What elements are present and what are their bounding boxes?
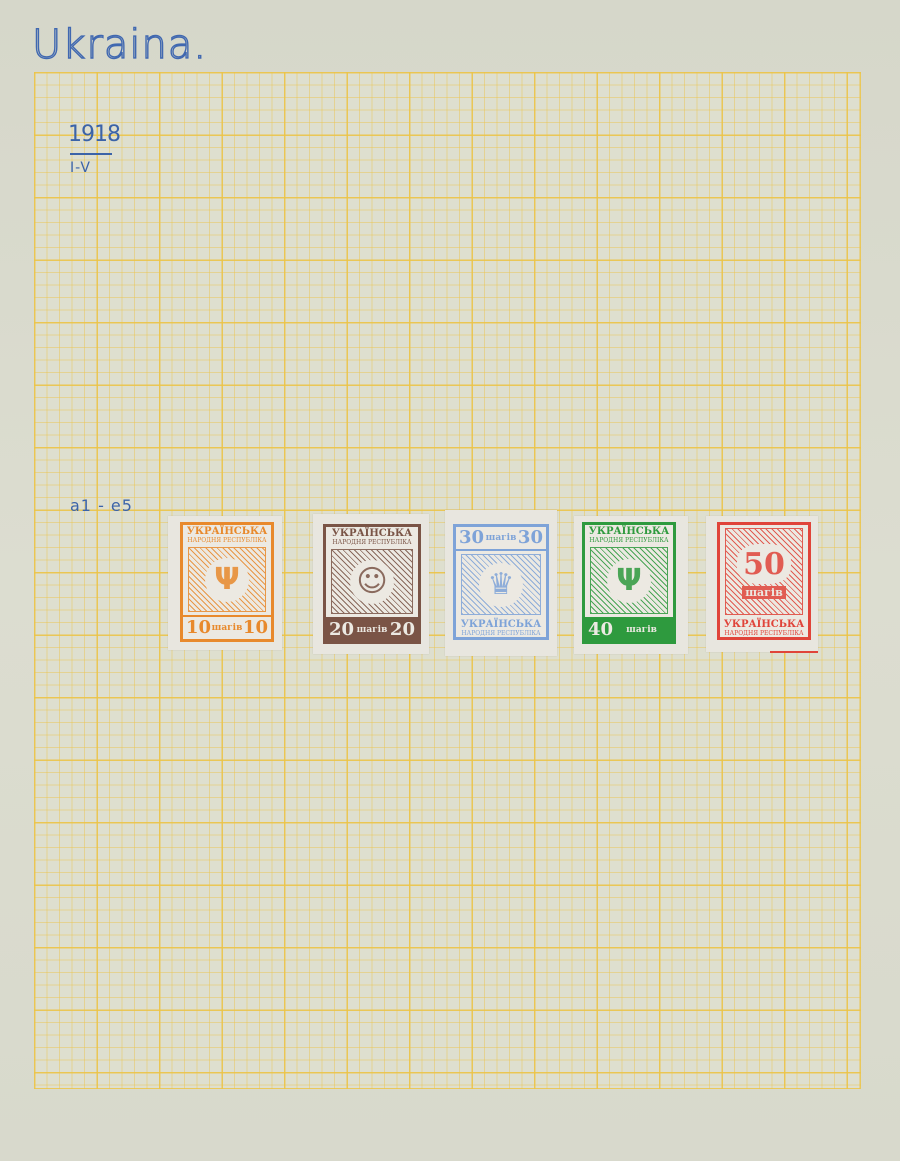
album-page: Ukraina. 1918 I-V a1 - e5 УКРАЇНСЬКА НАР… xyxy=(0,0,900,1161)
stamp-50-shahiv[interactable]: УКРАЇНСЬКА НАРОДНЯ РЕСПУБЛІКА 50 шагів xyxy=(717,522,811,640)
stamp-header: УКРАЇНСЬКА xyxy=(332,529,412,539)
stamp-subheader: НАРОДНЯ РЕСПУБЛІКА xyxy=(187,537,266,544)
stamp-value: 20 xyxy=(329,619,354,641)
stamp-header: УКРАЇНСЬКА xyxy=(589,527,669,537)
issue-year: 1918 xyxy=(68,122,120,147)
portrait-icon: ☺ xyxy=(350,560,394,604)
stamp-value-row: 20шагів20 xyxy=(326,617,418,641)
stamp-header: УКРАЇНСЬКА xyxy=(187,527,267,537)
stamp-design: Ψ xyxy=(188,547,266,612)
stamp-value: 20 xyxy=(390,619,415,641)
stamp-40-shahiv[interactable]: УКРАЇНСЬКА НАРОДНЯ РЕСПУБЛІКА Ψ 40шагів xyxy=(582,522,676,644)
stamp-20-shahiv[interactable]: УКРАЇНСЬКА НАРОДНЯ РЕСПУБЛІКА ☺ 20шагів2… xyxy=(323,524,421,644)
stamp-unit: шагів xyxy=(486,527,517,549)
stamp-design: Ψ xyxy=(590,547,668,614)
stamp-subheader: НАРОДНЯ РЕСПУБЛІКА xyxy=(589,537,668,544)
stamp-header: УКРАЇНСЬКА xyxy=(456,620,546,630)
stamp-header: УКРАЇНСЬКА xyxy=(720,620,808,630)
trident-icon: Ψ xyxy=(205,558,249,602)
stamp-footer: УКРАЇНСЬКА НАРОДНЯ РЕСПУБЛІКА xyxy=(456,618,546,637)
stamp-30-shahiv[interactable]: УКРАЇНСЬКА НАРОДНЯ РЕСПУБЛІКА ♛ 30шагів3… xyxy=(453,524,549,640)
stamp-unit: шагів xyxy=(357,619,388,641)
female-head-icon: ♛ xyxy=(479,563,523,607)
stamp-value-row: 40шагів xyxy=(585,617,673,641)
red-mark xyxy=(770,651,818,653)
stamp-unit: шагів xyxy=(626,619,657,641)
value-numeral: 50 xyxy=(737,544,791,584)
stamp-10-shahiv[interactable]: УКРАЇНСЬКА НАРОДНЯ РЕСПУБЛІКА Ψ 10шагів1… xyxy=(180,522,274,642)
stamp-unit: шагів xyxy=(212,617,243,639)
trident-icon: Ψ xyxy=(607,559,651,603)
stamp-value-row: 30шагів30 xyxy=(456,527,546,551)
catalog-range: a1 - e5 xyxy=(70,496,133,515)
stamp-value: 40 xyxy=(588,619,613,641)
stamp-value: 30 xyxy=(518,527,543,549)
stamp-design: 50 шагів xyxy=(725,528,803,615)
stamp-value: 10 xyxy=(186,617,211,639)
stamp-subheader: НАРОДНЯ РЕСПУБЛІКА xyxy=(332,539,411,546)
year-underline xyxy=(70,153,112,155)
stamp-value: 10 xyxy=(243,617,268,639)
stamp-footer: УКРАЇНСЬКА НАРОДНЯ РЕСПУБЛІКА xyxy=(720,618,808,637)
stamp-value-row: 10шагів10 xyxy=(183,615,271,639)
issue-months: I-V xyxy=(70,160,91,176)
page-title: Ukraina. xyxy=(32,22,207,68)
stamp-subheader: НАРОДНЯ РЕСПУБЛІКА xyxy=(720,630,808,637)
stamp-value: 30 xyxy=(459,527,484,549)
stamp-subheader: НАРОДНЯ РЕСПУБЛІКА xyxy=(456,630,546,637)
stamp-unit: шагів xyxy=(742,586,786,599)
stamp-design: ♛ xyxy=(461,554,540,615)
stamp-design: ☺ xyxy=(331,549,412,614)
